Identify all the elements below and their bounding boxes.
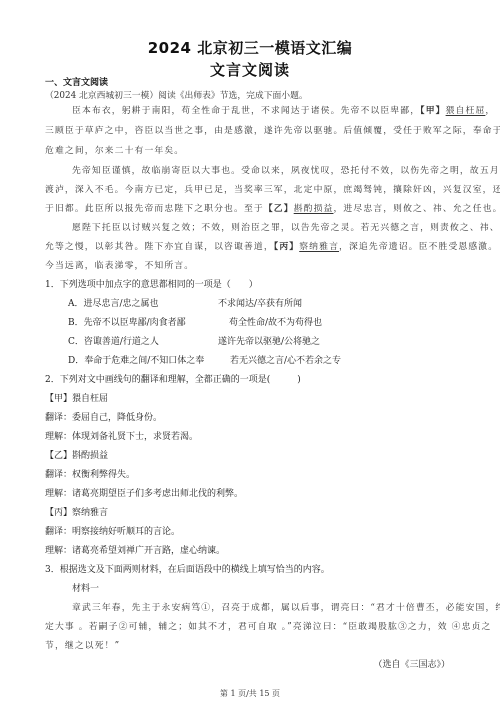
passage-text: 危难之间，尔来二十有一年矣。 [45,146,184,156]
material-1-line: 节，继之以死！” [45,640,120,652]
option-d-right: 若无兴德之言/心不若余之专 [230,355,341,367]
question-3-stem: 3．根据选文及下面两则材料，在后面语段中的横线上填写恰当的内容。 [45,564,330,576]
document-title: 2024 北京初三一模语文汇编 [0,37,500,58]
item-yi-understanding: 理解：诸葛亮期望臣子们多考虑出师北伐的利弊。 [45,488,243,500]
option-c[interactable]: C．咨诹善道/行道之人遂许先帝以驱驰/公将驰之 [68,336,159,348]
document-page: 2024 北京初三一模语文汇编 文言文阅读 一、文言文阅读 （2024 北京西城… [0,0,500,707]
marker-yi: 【乙】 [264,204,294,214]
page-footer: 第 1 页/共 15 页 [0,688,500,699]
marker-bing: 【丙】 [274,242,299,252]
item-bing-translation: 翻译：明察接纳好听顺耳的言论。 [45,526,180,538]
option-d[interactable]: D．奉命于危难之间/不知口体之奉若无兴德之言/心不若余之专 [68,355,204,367]
passage-line: 危难之间，尔来二十有一年矣。 [45,145,184,157]
option-c-right: 遂许先帝以驱驰/公将驰之 [218,336,320,348]
passage-line: 渡泸，深入不毛。今南方已定，兵甲已足，当奖率三军，北定中原，庶竭驽钝，攘除奸凶，… [45,184,500,196]
material-1-source: （选自《三国志》） [373,659,450,671]
passage-text: 先帝知臣谨慎，故临崩寄臣以大事也。受命以来，夙夜忧叹，恐托付不效，以伤先帝之明，… [72,166,500,176]
option-b[interactable]: B．先帝不以臣卑鄙/肉食者鄙苟全性命/故不为苟得也 [68,317,186,329]
item-jia-tag: 【甲】猥自枉屈 [45,393,108,405]
option-a-left: A．进尽忠言/忠之属也 [68,299,159,309]
passage-line: 臣本布衣，躬耕于南阳，苟全性命于乱世，不求闻达于诸侯。先帝不以臣卑鄙，【甲】猥自… [72,105,495,117]
question-2-stem: 2．下列对文中画线句的翻译和理解，全都正确的一项是( ) [45,374,301,386]
passage-line: 今当远离，临表涕零，不知所言。 [45,260,194,272]
item-jia-understanding: 理解：体现刘备礼贤下士，求贤若渴。 [45,431,198,443]
material-1-label: 材料一 [72,583,99,595]
passage-text: ，进尽忠言，则攸之、祎、允之任也。 [333,204,500,214]
passage-line: 先帝知臣谨慎，故临崩寄臣以大事也。受命以来，夙夜忧叹，恐托付不效，以伤先帝之明，… [72,165,500,177]
section-heading: 一、文言文阅读 [45,77,108,89]
passage-text: 于旧都。此臣所以报先帝而忠陛下之职分也。至于 [45,204,264,214]
item-yi-tag: 【乙】斟酌损益 [45,450,108,462]
question-1-stem: 1．下列选项中加点字的意思都相同的一项是（ ） [45,279,258,291]
marker-jia: 【甲】 [420,106,445,116]
underlined-phrase-bing: 察纳雅言 [299,242,339,252]
option-b-right: 苟全性命/故不为苟得也 [229,317,322,329]
item-bing-tag: 【丙】察纳雅言 [45,507,108,519]
passage-text: 允等之慢，以彰其咎。陛下亦宜自谋，以咨诹善道， [45,242,274,252]
passage-line: 愿陛下托臣以讨贼兴复之效；不效，则治臣之罪，以告先帝之灵。若无兴德之言，则责攸之… [72,222,500,234]
passage-line: 三顾臣于草庐之中，咨臣以当世之事，由是感激，遂许先帝以驱驰。后值倾覆，受任于败军… [45,125,500,137]
passage-text: ，深追先帝遗诏。臣不胜受恩感激。 [339,242,498,252]
passage-text: 三顾臣于草庐之中，咨臣以当世之事，由是感激，遂许先帝以驱驰。后值倾覆，受任于败军… [45,126,500,136]
source-note: （2024 北京西城初三一模）阅读《出师表》节选，完成下面小题。 [45,90,308,102]
item-yi-translation: 翻译：权衡利弊得失。 [45,469,135,481]
option-b-left: B．先帝不以臣卑鄙/肉食者鄙 [68,318,186,328]
option-a[interactable]: A．进尽忠言/忠之属也不求闻达/卒获有所闻 [68,298,159,310]
passage-text: 臣本布衣，躬耕于南阳，苟全性命于乱世，不求闻达于诸侯。先帝不以臣卑鄙， [72,106,420,116]
passage-line: 允等之慢，以彰其咎。陛下亦宜自谋，以咨诹善道，【丙】察纳雅言，深追先帝遗诏。臣不… [45,241,498,253]
passage-line: 于旧都。此臣所以报先帝而忠陛下之职分也。至于【乙】斟酌损益，进尽忠言，则攸之、祎… [45,203,500,215]
option-a-right: 不求闻达/卒获有所闻 [218,298,302,310]
passage-text: 愿陛下托臣以讨贼兴复之效；不效，则治臣之罪，以告先帝之灵。若无兴德之言，则责攸之… [72,223,500,233]
passage-text: 渡泸，深入不毛。今南方已定，兵甲已足，当奖率三军，北定中原，庶竭驽钝，攘除奸凶，… [45,185,500,195]
underlined-phrase-jia: 猥自枉屈 [446,106,486,116]
option-c-left: C．咨诹善道/行道之人 [68,337,159,347]
item-jia-translation: 翻译：委屈自己，降低身份。 [45,412,162,424]
passage-text: 今当远离，临表涕零，不知所言。 [45,261,194,271]
option-d-left: D．奉命于危难之间/不知口体之奉 [68,356,204,366]
material-1-line: 章武三年春，先主于永安病笃①，召亮于成都，属以后事，谓亮曰：“君才十倍曹丕，必能… [72,602,500,614]
underlined-phrase-yi: 斟酌损益 [294,204,334,214]
passage-text: ， [485,106,495,116]
material-1-line: 定大事 。若嗣子②可辅，辅之；如其不才，君可自取 。”亮涕泣曰：“臣敢竭股肱③之… [45,621,491,633]
item-bing-understanding: 理解：诸葛亮希望刘禅广开言路，虚心纳谏。 [45,545,225,557]
